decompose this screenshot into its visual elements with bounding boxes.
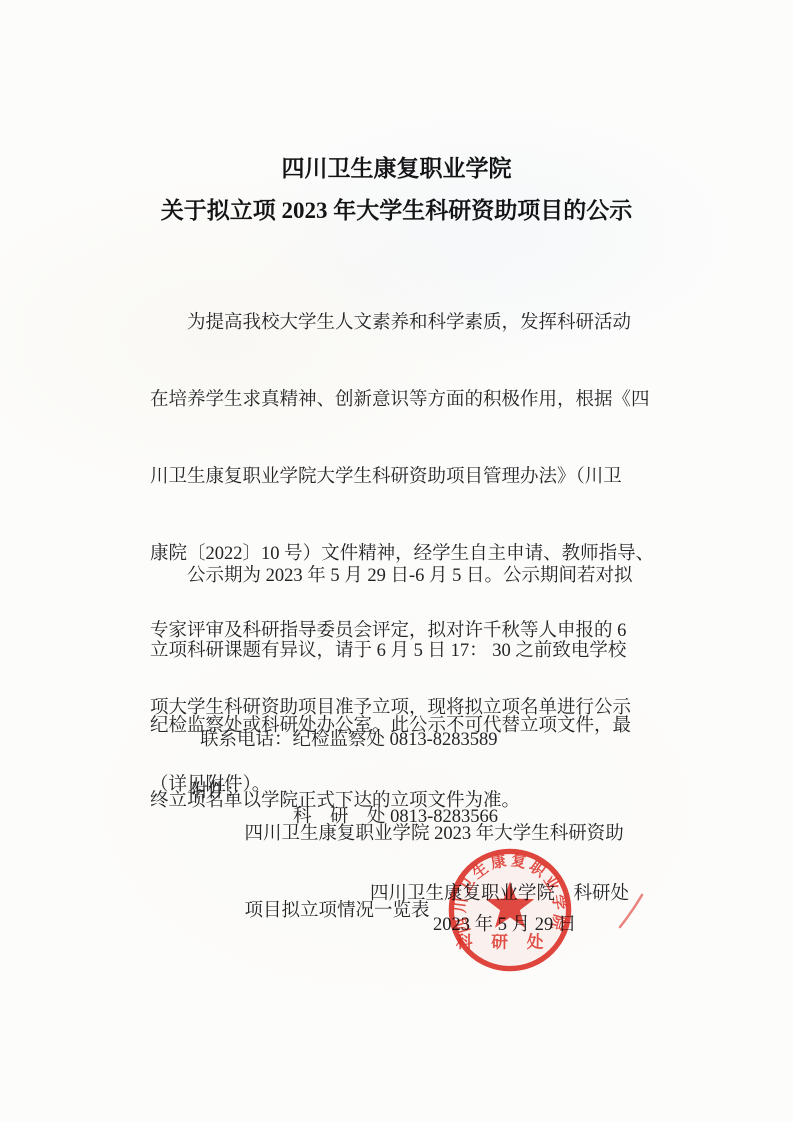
text-line: 立项科研课题有异议，请于 6 月 5 日 17： 30 之前致电学校 xyxy=(150,635,670,668)
attachment-label: 附件： xyxy=(189,775,245,810)
seal-bottom-text: 科研处 xyxy=(456,931,562,951)
doc-title-org: 四川卫生康复职业学院 xyxy=(0,150,793,183)
text-line: 川卫生康复职业学院大学生科研资助项目管理办法》（川卫 xyxy=(150,460,670,495)
doc-title-subject: 关于拟立项 2023 年大学生科研资助项目的公示 xyxy=(0,192,793,225)
seal-ink-smudge xyxy=(617,893,647,929)
text-line: 为提高我校大学生人文素养和科学素质，发挥科研活动 xyxy=(150,306,670,341)
scanned-notice-page: 四川卫生康复职业学院 关于拟立项 2023 年大学生科研资助项目的公示 为提高我… xyxy=(0,0,793,1122)
contact-line-discipline-office: 联系电话：纪检监察处 0813-8283589 xyxy=(200,723,498,758)
official-seal: 四川卫生康复职业学院 科研处 xyxy=(446,846,574,974)
seal-ink-smudge-stroke xyxy=(620,895,642,927)
text-line: 在培养学生求真精神、创新意识等方面的积极作用，根据《四 xyxy=(150,383,670,418)
text-line: 公示期为 2023 年 5 月 29 日-6 月 5 日。公示期间若对拟 xyxy=(150,560,670,593)
